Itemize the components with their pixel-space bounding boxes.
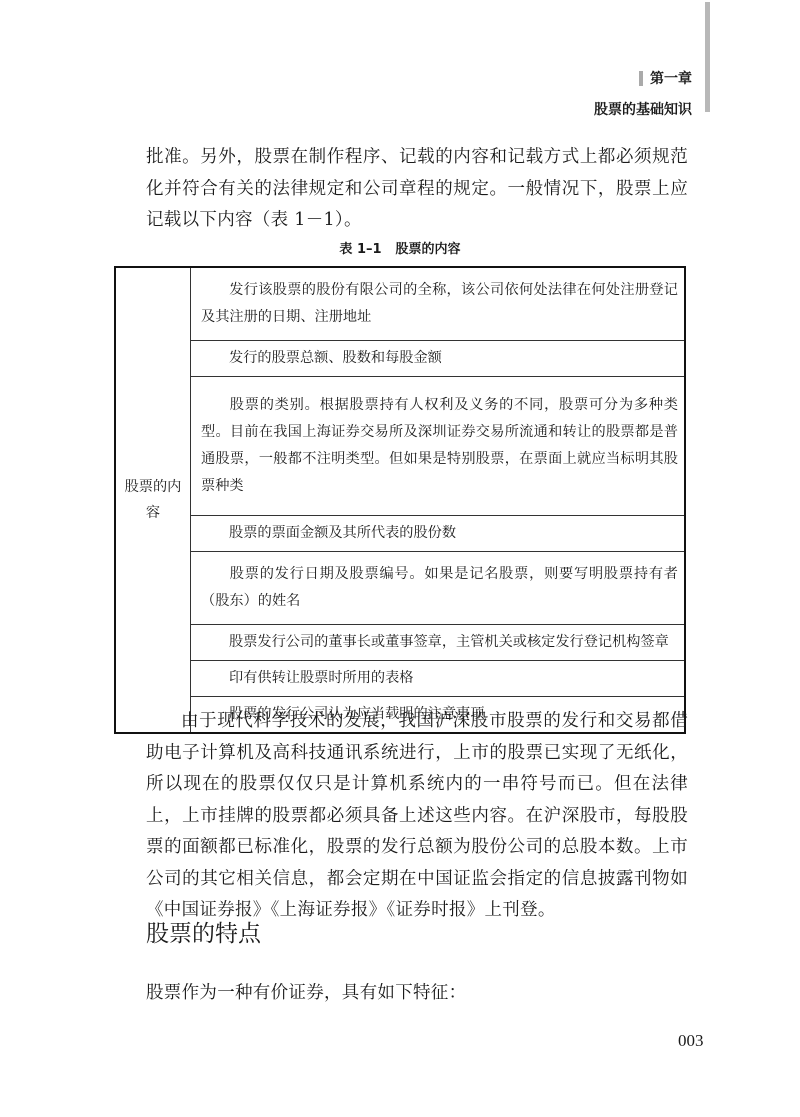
table-cell: 发行该股票的股份有限公司的全称，该公司依何处法律在何处注册登记及其注册的日期、注…	[191, 267, 686, 341]
table-caption-number: 表 1–1	[339, 242, 381, 257]
table-row: 股票的类别。根据股票持有人权利及义务的不同，股票可分为多种类型。目前在我国上海证…	[115, 377, 685, 516]
table-cell: 股票的类别。根据股票持有人权利及义务的不同，股票可分为多种类型。目前在我国上海证…	[191, 377, 686, 516]
table-row: 印有供转让股票时所用的表格	[115, 661, 685, 697]
paragraph-intro: 批准。另外，股票在制作程序、记载的内容和记载方式上都必须规范化并符合有关的法律规…	[146, 142, 688, 237]
table-row: 股票的票面金额及其所代表的股份数	[115, 516, 685, 552]
section-heading: 股票的特点	[146, 915, 261, 948]
table-row: 股票的发行日期及股票编号。如果是记名股票，则要写明股票持有者（股东）的姓名	[115, 552, 685, 625]
paragraph-after-table: 由于现代科学技术的发展，我国沪深股市股票的发行和交易都借助电子计算机及高科技通讯…	[146, 706, 688, 927]
table-row: 发行的股票总额、股数和每股金额	[115, 341, 685, 377]
table-cell: 印有供转让股票时所用的表格	[191, 661, 686, 697]
row-header: 股票的内容	[115, 267, 191, 733]
page-edge-bar	[705, 2, 710, 112]
table-caption: 表 1–1股票的内容	[0, 238, 800, 257]
table-cell: 股票发行公司的董事长或董事签章，主管机关或核定发行登记机构签章	[191, 625, 686, 661]
running-header-chapter: 第一章	[639, 68, 692, 88]
stock-content-table: 股票的内容 发行该股票的股份有限公司的全称，该公司依何处法律在何处注册登记及其注…	[114, 266, 686, 734]
chapter-label: 第一章	[650, 68, 692, 88]
table-row: 股票的内容 发行该股票的股份有限公司的全称，该公司依何处法律在何处注册登记及其注…	[115, 267, 685, 341]
paragraph-features-intro: 股票作为一种有价证券，具有如下特征：	[146, 978, 688, 1010]
page-number: 003	[678, 1031, 704, 1051]
table-cell: 发行的股票总额、股数和每股金额	[191, 341, 686, 377]
table-cell: 股票的发行日期及股票编号。如果是记名股票，则要写明股票持有者（股东）的姓名	[191, 552, 686, 625]
running-header-title: 股票的基础知识	[594, 99, 692, 119]
table-caption-title: 股票的内容	[396, 242, 461, 257]
chapter-marker	[639, 71, 643, 86]
table-row: 股票发行公司的董事长或董事签章，主管机关或核定发行登记机构签章	[115, 625, 685, 661]
table-cell: 股票的票面金额及其所代表的股份数	[191, 516, 686, 552]
